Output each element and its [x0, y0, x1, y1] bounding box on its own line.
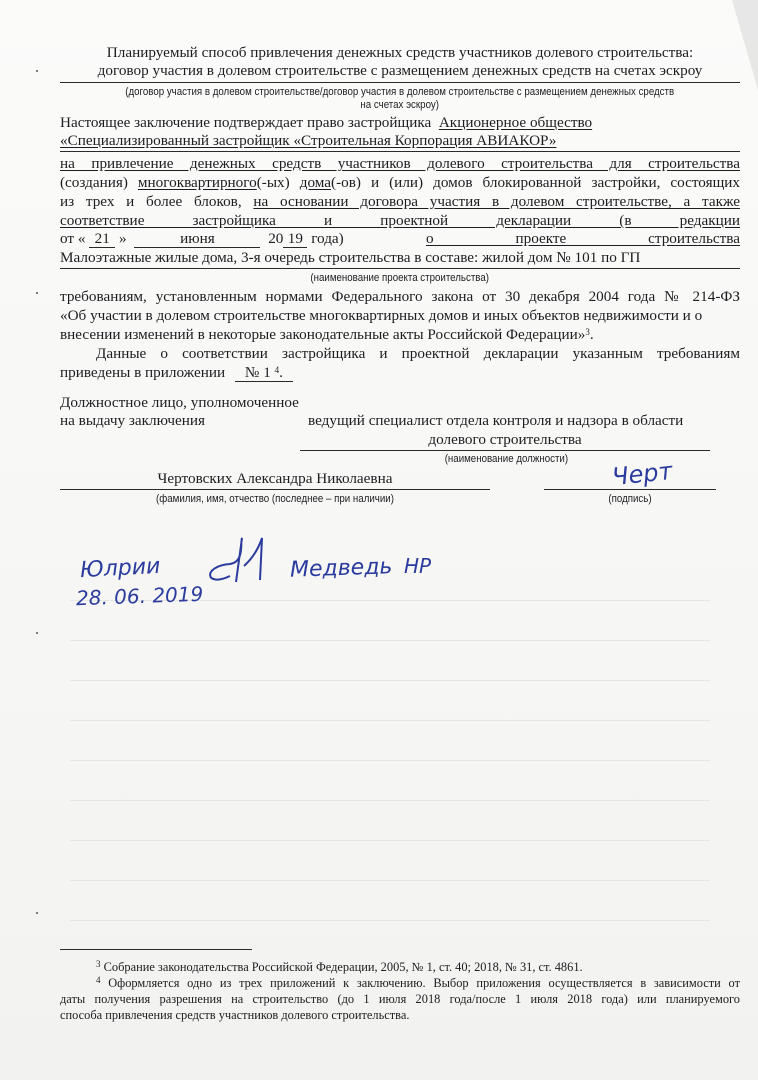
scan-speck [36, 70, 38, 72]
official-signature: Черт [611, 457, 674, 491]
bleed-through-line [70, 840, 710, 841]
name-caption: (фамилия, имя, отчество (последнее – при… [60, 492, 490, 506]
funding-method-value: договор участия в долевом строительстве … [60, 62, 740, 80]
appendix-number-blank: № 1 4. [235, 365, 293, 382]
confirmation-intro-line: Настоящее заключение подтверждает право … [60, 114, 592, 132]
confirmation-intro: Настоящее заключение подтверждает право … [60, 114, 431, 131]
requirements-line3: внесении изменений в некоторые законодат… [60, 326, 594, 344]
official-position-line2: долевого строительства [300, 431, 710, 449]
requirements-line2: «Об участии в долевом строительстве мног… [60, 307, 702, 325]
handwritten-receipt-note: Юлрии [79, 554, 161, 583]
date-day: 21 [89, 231, 115, 248]
confirmation-line-d: соответствие застройщика и проектной дек… [60, 212, 740, 230]
footnote-4-number: 4 [96, 975, 101, 985]
line-b-pre: (создания) [60, 174, 128, 191]
appendix-number: № 1 [245, 364, 271, 381]
official-position-line1: ведущий специалист отдела контроля и над… [308, 412, 683, 430]
footnote-separator [60, 949, 252, 950]
appendix-line2: приведены в приложении № 1 4. [60, 364, 293, 382]
requirements-line3-text: внесении изменений в некоторые законодат… [60, 326, 585, 343]
date-year-prefix: 20 [268, 230, 283, 247]
bleed-through-line [70, 880, 710, 881]
footnote-ref-3: 3 [585, 327, 590, 337]
bleed-through-line [70, 680, 710, 681]
bleed-through-line [70, 720, 710, 721]
document-page: Планируемый способ привлечения денежных … [0, 0, 758, 1080]
footnote-ref-4: 4 [275, 365, 280, 375]
date-year: 19 [283, 231, 307, 248]
footnote-4-line2: даты получения разрешения на строительст… [60, 992, 740, 1007]
footnote-4-text-1: Оформляется одно из трех приложений к за… [108, 976, 740, 990]
line-b-post: (-ов) и (или) домов блокированной застро… [331, 174, 740, 191]
handwritten-receipt-surname: Медведь [290, 554, 393, 583]
scan-speck [36, 632, 38, 634]
confirmation-line-c: из трех и более блоков, на основании дог… [60, 193, 740, 211]
period: . [590, 326, 594, 343]
developer-rule [60, 151, 740, 152]
confirmation-line-a: на привлечение денежных средств участник… [60, 155, 740, 173]
confirmation-line-b: (создания) многоквартирного(-ых) дома(-о… [60, 174, 740, 192]
footnote-3-number: 3 [96, 959, 101, 969]
official-full-name: Чертовских Александра Николаевна [60, 470, 490, 488]
developer-name-line2: «Специализированный застройщик «Строител… [60, 132, 556, 150]
scan-speck [36, 912, 38, 914]
official-label-line2: на выдачу заключения [60, 412, 205, 430]
position-rule [300, 450, 710, 451]
funding-method-rule [60, 82, 740, 83]
appendix-prefix: приведены в приложении [60, 364, 225, 381]
project-words: о проекте строительства [426, 230, 740, 248]
project-caption: (наименование проекта строительства) [60, 271, 739, 285]
footnote-4-line1: 4 Оформляется одно из трех приложений к … [60, 976, 740, 991]
line-b-multi-apartment: многоквартирного [138, 174, 257, 191]
date-suffix: года) [311, 230, 344, 247]
signature-caption: (подпись) [544, 492, 716, 506]
line-b-mid: (-ых) [257, 174, 290, 191]
date-mid: » [119, 230, 127, 247]
date-prefix: от « [60, 230, 85, 247]
declaration-date: от « 21 » июня 2019 года) [60, 230, 344, 248]
funding-method-caption-1: (договор участия в долевом строительстве… [60, 85, 739, 99]
date-month: июня [134, 231, 260, 248]
handwritten-receipt-date: 28. 06. 2019 [76, 582, 204, 610]
period: . [279, 364, 283, 381]
footnote-3-text: Собрание законодательства Российской Фед… [104, 960, 583, 974]
funding-method-caption-2: на счетах эскроу) [60, 98, 739, 112]
footnote-4-line3: способа привлечения средств участников д… [60, 1008, 409, 1023]
bleed-through-line [70, 800, 710, 801]
line-b-house: дома [300, 174, 331, 191]
handwritten-receipt-initials: НР [404, 554, 431, 578]
footnote-3: 3 Собрание законодательства Российской Ф… [96, 960, 583, 975]
appendix-line1: Данные о соответствии застройщика и прое… [60, 345, 740, 363]
bleed-through-line [70, 640, 710, 641]
line-c-pre: из трех и более блоков, [60, 193, 242, 210]
developer-name-line1: Акционерное общество [439, 114, 592, 131]
bleed-through-line [70, 920, 710, 921]
funding-method-heading: Планируемый способ привлечения денежных … [60, 44, 740, 62]
official-label-line1: Должностное лицо, уполномоченное [60, 394, 299, 412]
line-c-contract: на основании договора участия в долевом … [253, 193, 740, 210]
handwritten-signature-mark [200, 536, 280, 596]
project-rule [60, 268, 740, 269]
bleed-through-line [70, 760, 710, 761]
name-rule [60, 489, 490, 490]
scan-speck [36, 292, 38, 294]
requirements-line1: требованиям, установленным нормами Федер… [60, 288, 740, 306]
project-name: Малоэтажные жилые дома, 3-я очередь стро… [60, 249, 640, 267]
